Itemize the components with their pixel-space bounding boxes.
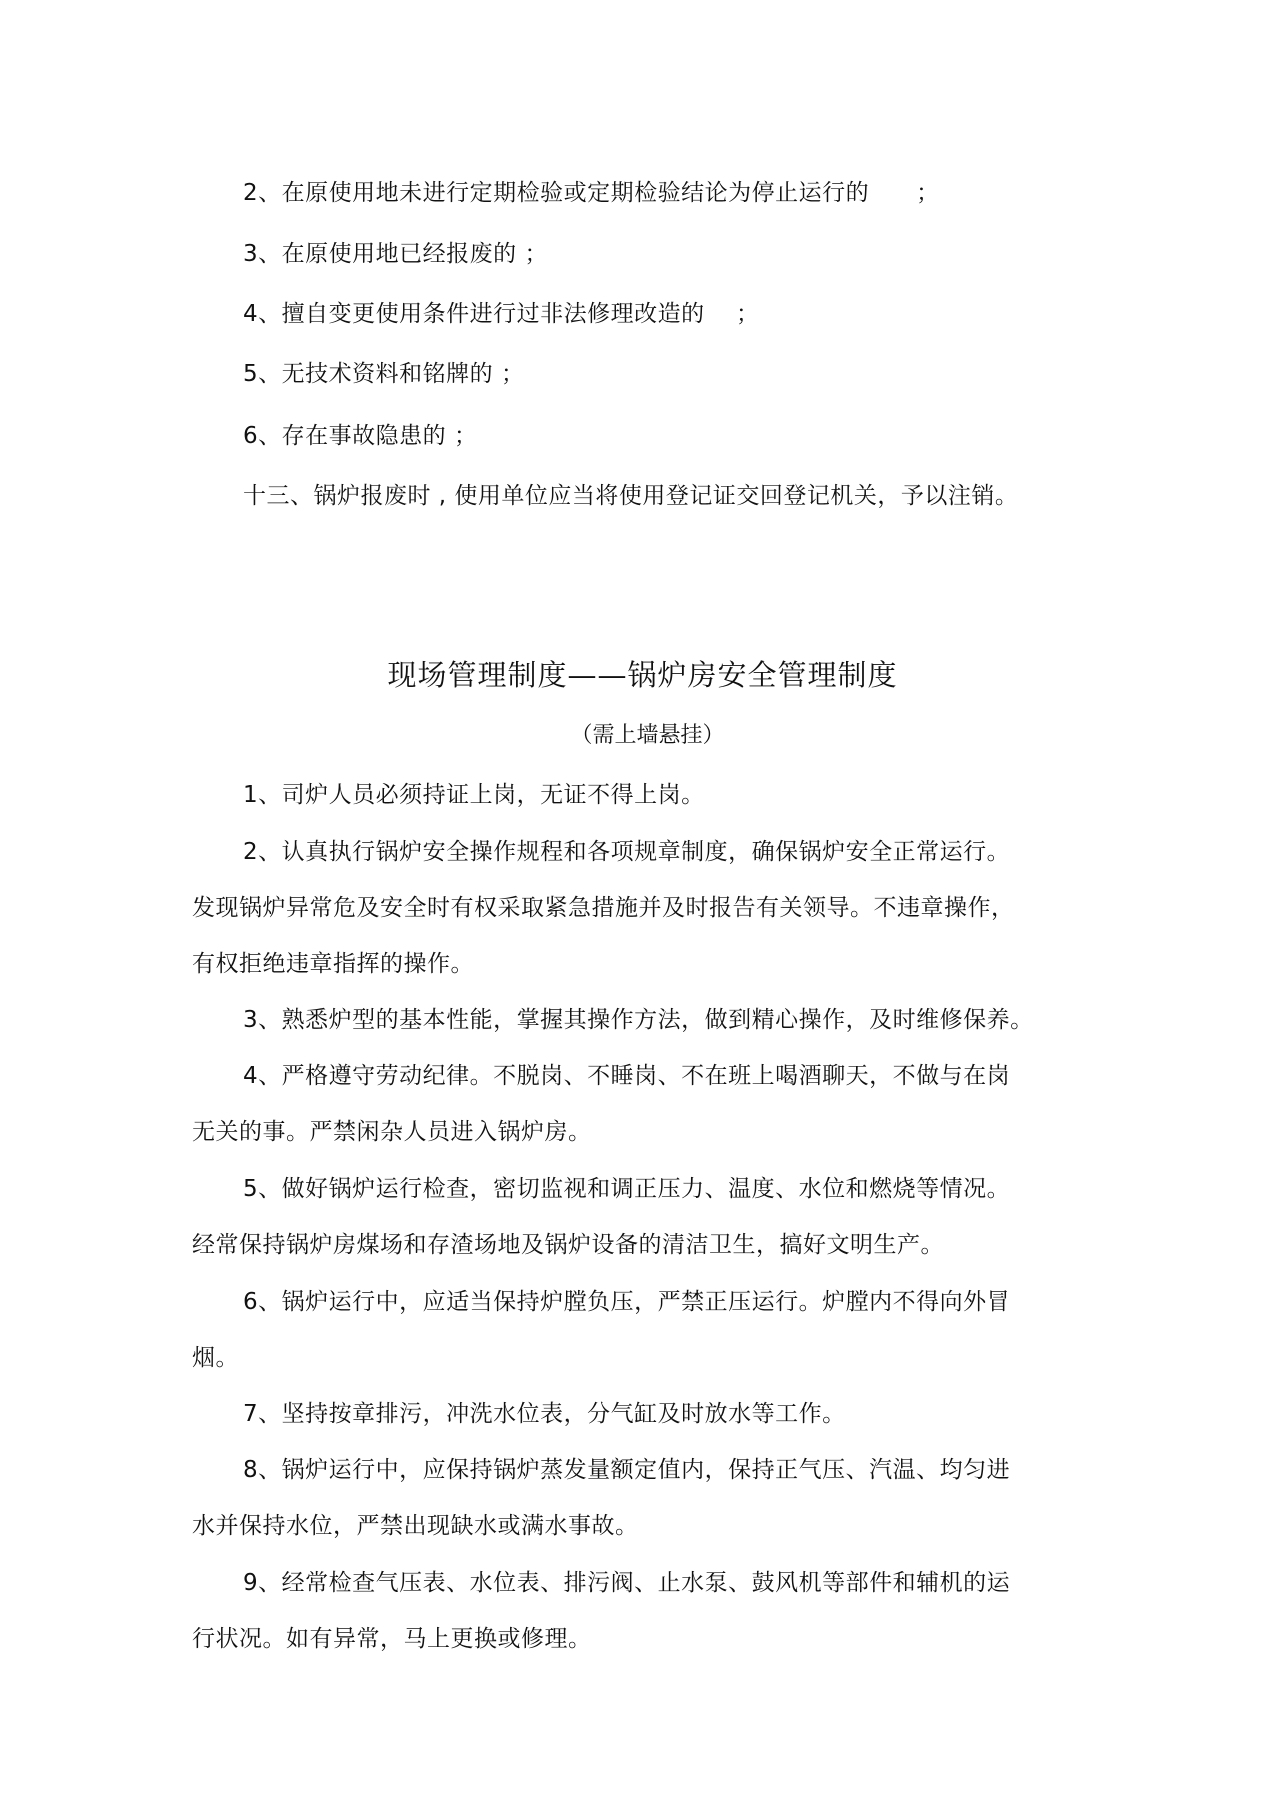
list-item-3: 3、在原使用地已经报废的 ； [243, 239, 548, 269]
policy-title: 现场管理制度——锅炉房安全管理制度 [0, 657, 1275, 693]
policy-line: 经常保持锅炉房煤场和存渣场地及锅炉设备的清洁卫生，搞好文明生产。 [192, 1230, 944, 1260]
list-item-2: 2、在原使用地未进行定期检验或定期检验结论为停止运行的 ； [243, 178, 940, 208]
policy-line: 水并保持水位，严禁出现缺水或满水事故。 [192, 1511, 639, 1541]
policy-line: 4、严格遵守劳动纪律。不脱岗、不睡岗、不在班上喝酒聊天，不做与在岗 [243, 1061, 1010, 1091]
list-item-6: 6、存在事故隐患的 ； [243, 421, 477, 451]
policy-line: 5、做好锅炉运行检查，密切监视和调正压力、温度、水位和燃烧等情况。 [243, 1174, 1010, 1204]
policy-line: 9、经常检查气压表、水位表、排污阀、止水泵、鼓风机等部件和辅机的运 [243, 1568, 1010, 1598]
policy-line: 行状况。如有异常，马上更换或修理。 [192, 1624, 592, 1654]
policy-line: 有权拒绝违章指挥的操作。 [192, 949, 474, 979]
policy-line: 6、锅炉运行中，应适当保持炉膛负压，严禁正压运行。炉膛内不得向外冒 [243, 1287, 1010, 1317]
policy-line: 无关的事。严禁闲杂人员进入锅炉房。 [192, 1117, 592, 1147]
policy-line: 3、熟悉炉型的基本性能，掌握其操作方法，做到精心操作，及时维修保养。 [243, 1005, 1034, 1035]
policy-line: 1、司炉人员必须持证上岗，无证不得上岗。 [243, 780, 705, 810]
policy-line: 烟。 [192, 1343, 239, 1373]
policy-line: 8、锅炉运行中，应保持锅炉蒸发量额定值内，保持正气压、汽温、均匀进 [243, 1455, 1010, 1485]
policy-subtitle: （需上墙悬挂） [0, 721, 1275, 751]
policy-line: 7、坚持按章排污，冲洗水位表，分气缸及时放水等工作。 [243, 1399, 846, 1429]
document-page: 2、在原使用地未进行定期检验或定期检验结论为停止运行的 ； 3、在原使用地已经报… [0, 0, 1275, 1804]
list-item-5: 5、无技术资料和铭牌的 ； [243, 359, 524, 389]
clause-13: 十三、锅炉报废时 , 使用单位应当将使用登记证交回登记机关，予以注销。 [243, 481, 1018, 511]
policy-line: 2、认真执行锅炉安全操作规程和各项规章制度，确保锅炉安全正常运行。 [243, 837, 1010, 867]
policy-line: 发现锅炉异常危及安全时有权采取紧急措施并及时报告有关领导。不违章操作， [192, 893, 1015, 923]
list-item-4: 4、擅自变更使用条件进行过非法修理改造的 ； [243, 299, 759, 329]
